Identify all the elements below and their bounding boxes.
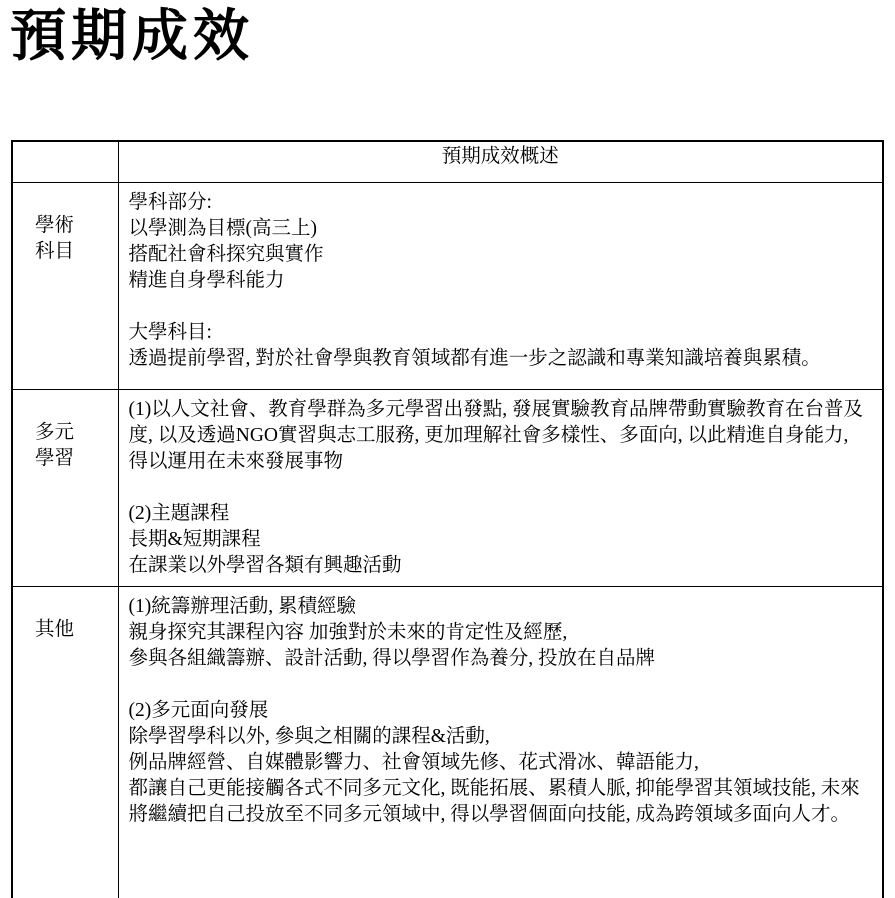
page-title: 預期成效 <box>10 4 254 68</box>
content-cell-academic-subjects: 學科部分: 以學測為目標(高三上) 搭配社會科探究與實作 精進自身學科能力 大學… <box>118 182 883 389</box>
expected-results-table: 預期成效概述 學術 科目 學科部分: 以學測為目標(高三上) 搭配社會科探究與實… <box>11 140 884 898</box>
table-row-diverse-learning: 多元 學習 (1)以人文社會、教育學群為多元學習出發點, 發展實驗教育品牌帶動實… <box>12 389 883 586</box>
table-row-academic-subjects: 學術 科目 學科部分: 以學測為目標(高三上) 搭配社會科探究與實作 精進自身學… <box>12 182 883 389</box>
table-row-other: 其他 (1)統籌辦理活動, 累積經驗 親身探究其課程內容 加強對於未來的肯定性及… <box>12 586 883 898</box>
category-cell-diverse-learning: 多元 學習 <box>12 389 118 586</box>
category-cell-other: 其他 <box>12 586 118 898</box>
content-cell-diverse-learning: (1)以人文社會、教育學群為多元學習出發點, 發展實驗教育品牌帶動實驗教育在台普… <box>118 389 883 586</box>
content-cell-other: (1)統籌辦理活動, 累積經驗 親身探究其課程內容 加強對於未來的肯定性及經歷,… <box>118 586 883 898</box>
table-header-row: 預期成效概述 <box>12 141 883 182</box>
document-page: 預期成效 預期成效概述 學術 科目 學科部分: 以學測為目標(高三上) 搭配社會… <box>0 0 895 898</box>
category-cell-academic-subjects: 學術 科目 <box>12 182 118 389</box>
header-category-cell <box>12 141 118 182</box>
header-overview-cell: 預期成效概述 <box>118 141 883 182</box>
